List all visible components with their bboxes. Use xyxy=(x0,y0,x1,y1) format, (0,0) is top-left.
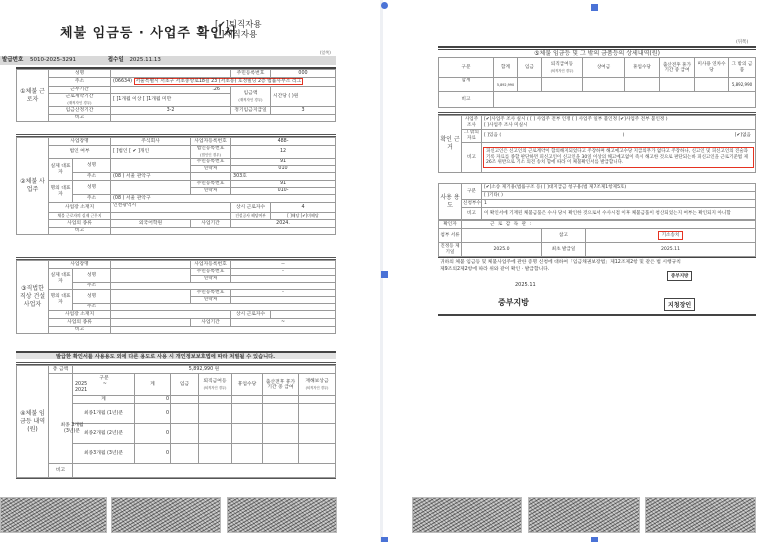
name-label: 성명 xyxy=(73,159,111,173)
col-other: 그 밖의 금품 xyxy=(729,58,756,78)
name-label: 성명 xyxy=(73,290,111,304)
col-bonus: 상여금 xyxy=(583,58,625,78)
row-label: 최종1개월 (1년)분 xyxy=(73,404,135,424)
actual-work-label: 체불 근로자의 실제 근무지 xyxy=(49,213,111,220)
page-label: (뒤쪽) xyxy=(736,39,748,45)
issue-no: 5010-2025-3291 xyxy=(30,57,76,63)
usage-type-line2: [ ]기타( ) xyxy=(482,192,756,200)
col-maternity: 출산전후 휴가기간 중 급여 xyxy=(660,58,695,78)
office-name: 중부지방 xyxy=(498,297,529,308)
worker-zip: (06634) xyxy=(113,79,132,84)
resize-handle[interactable] xyxy=(591,537,598,542)
col-category: 구분 xyxy=(439,58,494,78)
usage-type-line1: [✔]소송 제기용(법률구조 등) [ ]대지급금 청구용(법 제7조제1항제5… xyxy=(482,184,756,192)
barcode-block xyxy=(0,497,107,533)
payday: 3 xyxy=(271,107,336,115)
biz-reg: 488- xyxy=(231,138,336,146)
work-period: .26 xyxy=(111,87,231,94)
payday-label: 정기임금지급일 xyxy=(231,107,271,115)
resize-handle[interactable] xyxy=(381,537,388,542)
type-label: 사업의 종류 xyxy=(49,319,111,327)
worker-section-label: ①체불 근로자 xyxy=(17,70,49,122)
receipt-label: 접수일 xyxy=(108,57,124,63)
workers-label: 상시 근로자수 xyxy=(231,311,271,319)
corp-label: 법인 여부 xyxy=(49,146,111,159)
basis-label: 확인 근거 xyxy=(439,116,462,173)
document-title: 체불 임금등 · 사업주 확인서 xyxy=(60,22,237,41)
note-label: 비고 xyxy=(49,115,111,122)
investigation-value: [✔]사업주 조사 실시 ( [ ] 사업주 전부 인정 [ ] 사업주 일부 … xyxy=(482,116,756,130)
col-severance: 퇴직급여등(퇴직자인 경우) xyxy=(542,58,583,78)
actual-rep-address: (08 ) 서울 관악구 xyxy=(111,173,191,181)
wages-section: ④체불 임금등 내역 (원) 총 금액 5,892,990 원 구분 2025 … xyxy=(16,362,336,479)
nominal-rep-contact: 010- xyxy=(231,188,336,195)
seal-stamp: 지청장인 xyxy=(664,298,695,311)
copies-label: 신청부수 xyxy=(462,200,482,208)
employer-note xyxy=(111,228,336,235)
biz-name-label: 사업장명 xyxy=(49,261,111,269)
first-issue-label: 최초 발급일 xyxy=(542,243,586,257)
detail-section: ⑤체불 임금등 및 그 밖의 금품등의 상세내역(원) 구분 합계 임금 퇴직급… xyxy=(438,46,756,108)
basis-section: 확인 근거 사업주 조사 [✔]사업주 조사 실시 ( [ ] 사업주 전부 인… xyxy=(438,112,756,173)
purpose-retired: [✔]퇴직자용 xyxy=(215,20,262,30)
biz-reg-label: 사업자등록번호 xyxy=(191,261,231,269)
rrn-label: 주민등록번호 xyxy=(191,269,231,276)
basis-note: 피신고인은 신고인의 근로계약이 합의해지되었다고 주장하며 해고예고수당 지급… xyxy=(482,143,756,173)
document-page-front: 체불 임금등 · 사업주 확인서 [✔]퇴직자용 [ ]재직자용 (앞쪽) 발급… xyxy=(0,0,376,542)
issue-no-label: 발급번호 xyxy=(2,57,23,63)
col-severance: 퇴직금여등(퇴직자인 경우) xyxy=(199,374,232,396)
period-header: 구분 2025 ~ 2021 xyxy=(73,374,135,396)
office-stamp: 중부지방 xyxy=(667,271,692,281)
document-page-back: (뒤쪽) ⑤체불 임금등 및 그 밖의 금품등의 상세내역(원) 구분 합계 임… xyxy=(384,0,768,542)
actual-rep-rrn: - xyxy=(231,269,336,276)
period-label: 근무기간 xyxy=(49,87,111,94)
employer-section: ②체불 사업주 사업장명 주식회사 사업자등록번호 488- 법인 여부 [ ]… xyxy=(16,134,336,235)
employer-section-label: ②체불 사업주 xyxy=(17,138,49,235)
statement: 귀하의 체불 임금등 및 체불사업주에 관한 증명 신청에 대하여「임금채권보장… xyxy=(438,258,688,274)
biz-type: 외국어학원 xyxy=(111,220,191,228)
nominal-rep-label: 명의 대표자 xyxy=(49,290,73,311)
note-label: 비고 xyxy=(462,143,482,173)
col-wage: 임금 xyxy=(518,58,542,78)
contract-label: 근로계약기간(재직자인 경우) xyxy=(49,94,111,107)
row-label: 계 xyxy=(73,396,135,404)
petition-label: 진정등 제기일 xyxy=(439,243,462,257)
rrn-label: 주민등록번호 xyxy=(231,70,271,78)
address-label: 주소 xyxy=(73,195,111,203)
other-docs-value: [ ]있음 ( ) [✔]없음 xyxy=(482,130,756,143)
actual-rep-contact: 010 xyxy=(231,166,336,173)
address-label: 주소 xyxy=(73,173,111,181)
calc-period-label: 임금산정기간 xyxy=(49,107,111,115)
row-label: 최종3개월 (3년)분 xyxy=(73,444,135,464)
barcode-block xyxy=(528,497,640,533)
wages-section-label: ④체불 임금등 내역 (원) xyxy=(17,366,49,478)
workers-label: 상시 근로자수 xyxy=(231,203,271,213)
actual-rep-unit: 303호 xyxy=(231,173,336,181)
worker-section: ①체불 근로자 성명 주민등록번호 000 주소 (06634) 서울특별시 서… xyxy=(16,67,336,122)
resize-handle[interactable] xyxy=(381,271,388,278)
address-label: 주소 xyxy=(49,78,111,87)
copies: 1 xyxy=(482,200,756,208)
actual-rep-rrn: 91 xyxy=(231,159,336,166)
note-label: 비고 xyxy=(462,208,482,220)
row-sum: 0 xyxy=(135,396,171,404)
col-unused-leave: 미사용 연차수당 xyxy=(695,58,729,78)
petition-date: 2025.0 xyxy=(462,243,542,257)
site-label: 사업장 소재지 xyxy=(49,311,111,319)
biz-period-label: 사업기간 xyxy=(191,220,231,228)
col-leave-pay: 휴업수당 xyxy=(232,374,263,396)
note-label: 비고 xyxy=(49,228,111,235)
corp-options: [ ]법인 [ ✔ ]개인 xyxy=(111,146,191,159)
nominal-rep-rrn: - xyxy=(231,290,336,297)
actual-work xyxy=(111,213,231,220)
contact-label: 연락처 xyxy=(191,166,231,173)
site-label: 사업장 소재지 xyxy=(49,203,111,213)
corp-reg-label: 법인등록번호(법인인 경우) xyxy=(191,146,231,159)
issue-header-band: 발급번호 5010-2025-3291 접수일 2025.11.13 xyxy=(0,56,336,65)
col-wage: 임금 xyxy=(171,374,199,396)
confirmer: 근 로 감 독 관 : xyxy=(462,221,756,229)
receipt-date: 2025.11.13 xyxy=(129,57,161,63)
row-label: 합계 xyxy=(439,78,494,92)
ref-cell: 기소송치 xyxy=(586,229,756,243)
construction-options: [ ]해당 [✔]미해당 xyxy=(271,213,336,220)
usage-type-label: 구분 xyxy=(462,184,482,200)
workers: 4 xyxy=(271,203,336,213)
contractor-section: ③직법한 직상 건설 사업자 사업장명 사업자등록번호 -- 실제 대표자 성명… xyxy=(16,257,336,334)
row-sum: 0 xyxy=(135,444,171,464)
row-sum: 0 xyxy=(135,424,171,444)
wage-label: 임금액(재직자인 경우) xyxy=(231,87,271,107)
confirmer-label: 확인자 xyxy=(439,221,462,229)
biz-reg: -- xyxy=(231,261,336,269)
col-compensation: 재해보상금(퇴직자인 경우) xyxy=(299,374,336,396)
barcode-block xyxy=(227,497,337,533)
rrn-label: 주민등록번호 xyxy=(191,290,231,297)
calc-period: 3-2 xyxy=(111,107,231,115)
contact-label: 연락처 xyxy=(191,188,231,195)
type-label: 사업의 종류 xyxy=(49,220,111,228)
biz-period: 2024. xyxy=(231,220,336,228)
site: 인천광역시 xyxy=(111,203,231,213)
row-sum: 0 xyxy=(135,404,171,424)
nominal-rep-rrn: 91 xyxy=(231,181,336,188)
usage-warning: 발급한 확인서를 사용용도 외에 다른 용도로 사용 시 개인정보보호법에 따라… xyxy=(16,351,336,359)
contractor-section-label: ③직법한 직상 건설 사업자 xyxy=(17,261,49,334)
ref-label: 참고 xyxy=(542,229,586,243)
worker-note xyxy=(111,115,336,122)
nominal-rep-label: 명의 대표자 xyxy=(49,181,73,203)
biz-name-label: 사업장명 xyxy=(49,138,111,146)
purpose-checkboxes: [✔]퇴직자용 [ ]재직자용 xyxy=(215,20,262,40)
nominal-rep-name xyxy=(111,181,191,195)
col-sum: 계 xyxy=(135,374,171,396)
contact-label: 연락처 xyxy=(191,297,231,304)
row-other: 5,892,990 xyxy=(729,78,756,92)
page-bottom-rule xyxy=(438,314,756,316)
nominal-rep-address: (08 ) 서울 관악구 xyxy=(111,195,336,203)
row-total: 5,892,990 xyxy=(494,78,518,92)
col-total: 합계 xyxy=(494,58,518,78)
biz-period-label: 사업기간 xyxy=(191,319,231,327)
usage-label: 사용 용도 xyxy=(439,184,462,220)
name-label: 성명 xyxy=(73,269,111,283)
ref-value-highlight: 기소송치 xyxy=(658,231,684,240)
barcode-block xyxy=(111,497,221,533)
usage-section: 사용 용도 구분 [✔]소송 제기용(법률구조 등) [ ]대지급금 청구용(법… xyxy=(438,183,756,274)
detail-title: ⑤체불 임금등 및 그 밖의 금품등의 상세내역(원) xyxy=(438,49,756,57)
address-label: 주소 xyxy=(73,283,111,290)
address-label: 주소 xyxy=(73,304,111,311)
resize-handle[interactable] xyxy=(381,2,388,9)
rrn-label: 주민등록번호 xyxy=(191,181,231,188)
note-label: 비고 xyxy=(49,327,111,334)
wage-value: 시간당 ( )원 xyxy=(271,87,336,107)
name-label: 성명 xyxy=(49,70,111,78)
contact-label: 연락처 xyxy=(191,276,231,283)
contract-options: [ ]1개월 이상 [ ]1개월 미만 xyxy=(111,94,231,107)
name-label: 성명 xyxy=(73,181,111,195)
col-leave-pay: 휴업수당 xyxy=(625,58,660,78)
investigation-label: 사업주 조사 xyxy=(462,116,482,130)
group-label: 최종 3개월 (3년)분 xyxy=(60,423,84,435)
worker-name xyxy=(111,70,231,78)
barcode-block xyxy=(412,497,522,533)
basis-note-highlight: 피신고인은 신고인의 근로계약이 합의해지되었다고 주장하며 해고예고수당 지급… xyxy=(483,147,754,168)
purpose-employed: [ ]재직자용 xyxy=(215,30,262,40)
actual-rep-label: 실제 대표자 xyxy=(49,159,73,181)
attach-label: 첨부 서류 xyxy=(439,229,462,243)
corp-reg: 12 xyxy=(231,146,336,159)
other-docs-label: 그 밖의 자료 xyxy=(462,130,482,143)
construction-label: 건설공사 해당여부 xyxy=(231,213,271,220)
resize-handle[interactable] xyxy=(591,4,598,11)
total-label: 총 금액 xyxy=(49,366,73,374)
worker-address: (06634) 서울특별시 서초구 서초중앙로18길 23 (서초동) 호정빌딩… xyxy=(111,78,336,87)
issue-date: 2025.11 xyxy=(515,282,536,288)
usage-note: 이 확인서에 기재된 체불금품은 수사 당시 확인한 것으로서 수사시점 이후 … xyxy=(482,208,756,220)
biz-period: ~ xyxy=(231,319,336,327)
note-label: 비고 xyxy=(439,92,494,108)
barcode-block xyxy=(645,497,756,533)
note-label: 비고 xyxy=(49,464,73,478)
biz-reg-label: 사업자등록번호 xyxy=(191,138,231,146)
actual-rep-name xyxy=(111,159,191,173)
biz-name: 주식회사 xyxy=(111,138,191,146)
actual-rep-label: 실제 대표자 xyxy=(49,269,73,290)
first-issue-date: 2025.11 xyxy=(586,243,756,257)
rrn-label: 주민등록번호 xyxy=(191,159,231,166)
col-maternity: 출산전후 휴가기간 중 급여 xyxy=(263,374,299,396)
worker-rrn: 000 xyxy=(271,70,336,78)
total-amount: 5,892,990 원 xyxy=(73,366,336,374)
worker-address-highlight: 서울특별시 서초구 서초중앙로18길 23 (서초동) 호정빌딩 2층 법률사무… xyxy=(134,78,304,85)
